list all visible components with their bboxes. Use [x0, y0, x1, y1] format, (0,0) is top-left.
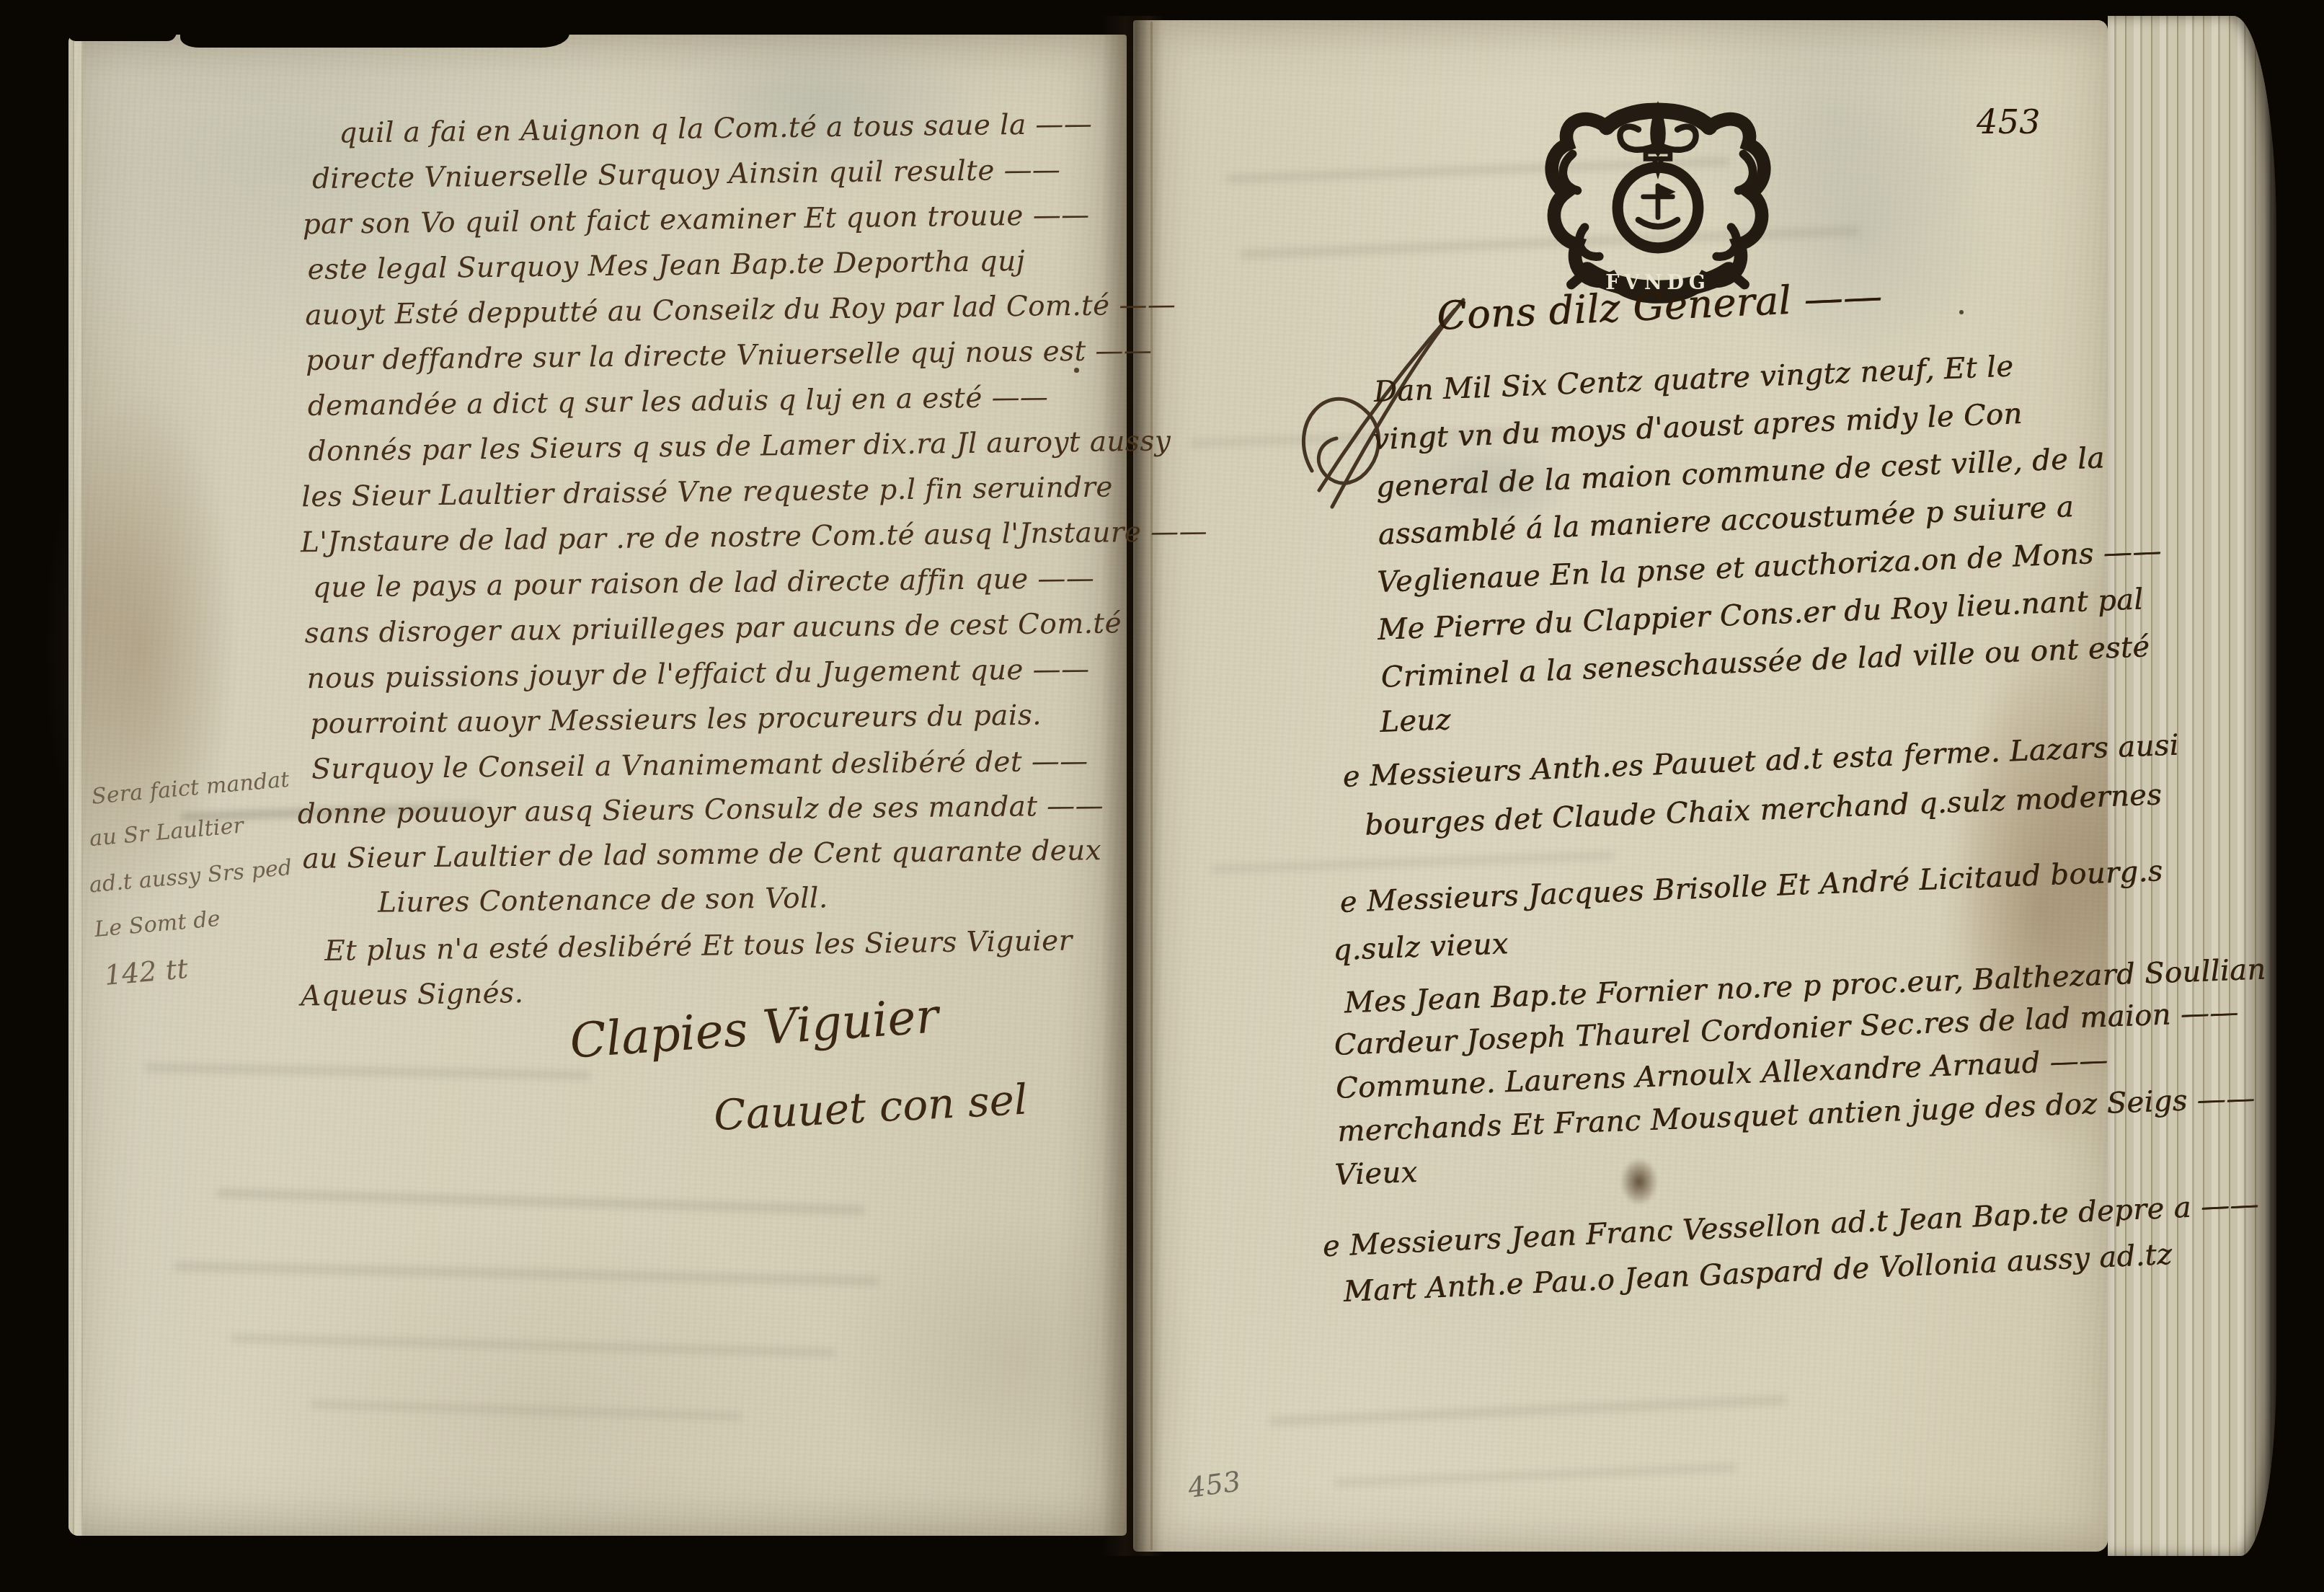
- manuscript-line: pourroint auoyr Messieurs les procureurs…: [310, 702, 1042, 738]
- stain: [829, 1211, 1204, 1500]
- manuscript-line: Liures Contenance de son Voll.: [378, 884, 828, 917]
- manuscript-scan: quil a fai en Auignon q la Com.té a tous…: [0, 0, 2324, 1592]
- margin-note-amount: 142 tt: [103, 955, 189, 989]
- ink-speck: [1074, 368, 1079, 373]
- torn-edge: [180, 29, 569, 48]
- manuscript-line: demandée a dict q sur les aduis q luj en…: [308, 384, 1049, 421]
- manuscript-line: Surquoy le Conseil a Vnanimemant deslibé…: [311, 748, 1088, 784]
- manuscript-line: donne pouuoyr ausq Sieurs Consulz de ses…: [298, 792, 1104, 828]
- torn-edge: [68, 32, 177, 41]
- folio-number: 453: [1977, 105, 2041, 138]
- manuscript-line: q.sulz vieux: [1333, 929, 1509, 965]
- manuscript-line: Vieux: [1334, 1158, 1418, 1190]
- ink-speck: [1959, 310, 1964, 314]
- manuscript-line: au Sieur Laultier de lad somme de Cent q…: [302, 836, 1101, 873]
- manuscript-line: Leuz: [1379, 705, 1451, 737]
- pencil-folio-number: 453: [1187, 1467, 1243, 1502]
- ink-blot: [1620, 1158, 1658, 1206]
- manuscript-line: Aqueus Signés.: [301, 979, 524, 1010]
- manuscript-line: este legal Surquoy Mes Jean Bap.te Depor…: [307, 247, 1025, 284]
